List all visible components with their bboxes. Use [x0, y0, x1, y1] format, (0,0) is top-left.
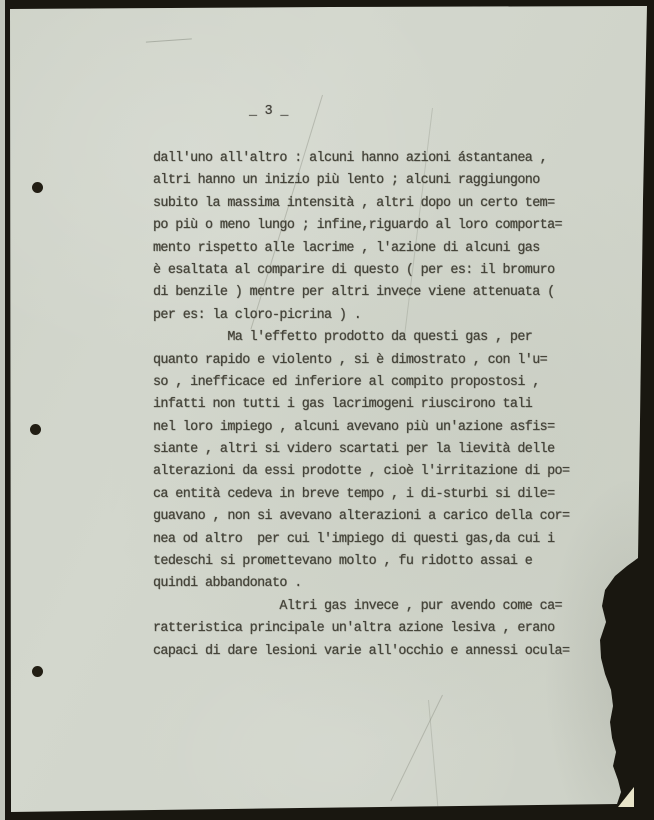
- text-line: Altri gas invece , pur avendo come ca=: [153, 596, 569, 618]
- pencil-smudge: [146, 38, 192, 46]
- text-line: ratteristica principale un'altra azione …: [153, 618, 569, 640]
- text-line: dall'uno all'altro : alcuni hanno azioni…: [153, 148, 569, 170]
- paper-crease: [428, 700, 439, 812]
- text-line: altri hanno un inizio più lento ; alcuni…: [153, 170, 569, 192]
- text-line: Ma l'effetto prodotto da questi gas , pe…: [153, 327, 569, 349]
- text-line: nel loro impiego , alcuni avevano più un…: [153, 417, 569, 439]
- text-line: infatti non tutti i gas lacrimogeni rius…: [153, 394, 569, 416]
- text-line: è esaltata al comparire di questo ( per …: [153, 260, 569, 282]
- text-line: guavano , non si avevano alterazioni a c…: [153, 506, 569, 528]
- text-line: po più o meno lungo ; infine,riguardo al…: [153, 215, 569, 237]
- punch-hole: [32, 666, 43, 677]
- text-line: quanto rapido e violento , si è dimostra…: [153, 350, 569, 372]
- typed-text-block: dall'uno all'altro : alcuni hanno azioni…: [153, 148, 569, 663]
- text-line: di benzile ) mentre per altri invece vie…: [153, 282, 569, 304]
- text-line: siante , altri si videro scartati per la…: [153, 439, 569, 461]
- text-line: capaci di dare lesioni varie all'occhio …: [153, 641, 569, 663]
- text-line: subito la massima intensità , altri dopo…: [153, 193, 569, 215]
- text-line: so , inefficace ed inferiore al compito …: [153, 372, 569, 394]
- page-number: _ 3 _: [249, 101, 288, 123]
- text-line: nea od altro per cui l'impiego di questi…: [153, 529, 569, 551]
- punch-hole: [30, 424, 41, 435]
- adjacent-page-edge: [0, 0, 5, 820]
- document-page: _ 3 _ dall'uno all'altro : alcuni hanno …: [0, 0, 654, 820]
- text-line: ca entità cedeva in breve tempo , i di-s…: [153, 484, 569, 506]
- text-line: tedeschi si promettevano molto , fu rido…: [153, 551, 569, 573]
- text-line: quindi abbandonato .: [153, 573, 569, 595]
- text-line: per es: la cloro-picrina ) .: [153, 305, 569, 327]
- text-line: alterazioni da essi prodotte , cioè l'ir…: [153, 461, 569, 483]
- punch-hole: [32, 182, 43, 193]
- text-line: mento rispetto alle lacrime , l'azione d…: [153, 238, 569, 260]
- scanned-document-photo: _ 3 _ dall'uno all'altro : alcuni hanno …: [0, 0, 654, 820]
